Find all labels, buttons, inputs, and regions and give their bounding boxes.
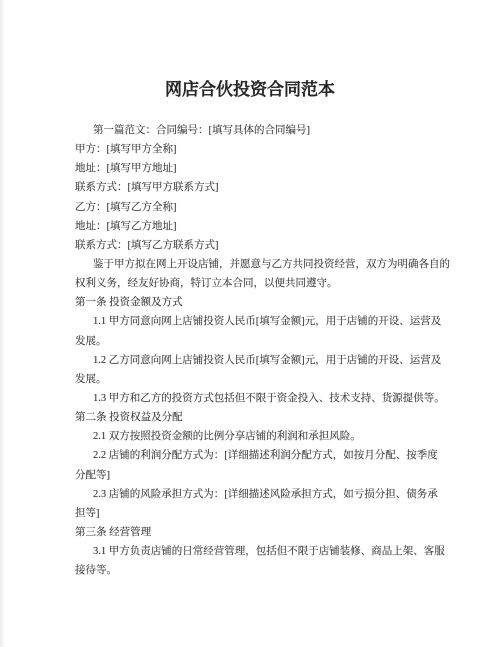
- document-line: 2.2 店铺的利润分配方式为：[详细描述利润分配方式，如按月分配、按季度: [0, 446, 500, 465]
- document-line: 1.2 乙方同意向网上店铺投资人民币[填写金额]元，用于店铺的开设、运营及: [0, 351, 500, 370]
- document-line: 发展。: [0, 332, 500, 351]
- document-line: 联系方式：[填写乙方联系方式]: [0, 236, 500, 255]
- document-line: 担等]: [0, 504, 500, 523]
- document-line: 乙方：[填写乙方全称]: [0, 198, 500, 217]
- document-line: 2.1 双方按照投资金额的比例分享店铺的利润和承担风险。: [0, 427, 500, 446]
- document-line: 发展。: [0, 370, 500, 389]
- contract-document-page: 网店合伙投资合同范本 第一篇范文：合同编号：[填写具体的合同编号] 甲方：[填写…: [0, 0, 500, 647]
- document-line: 鉴于甲方拟在网上开设店铺，并愿意与乙方共同投资经营，双方为明确各自的: [0, 255, 500, 274]
- document-line: 权利义务，经友好协商，特订立本合同，以便共同遵守。: [0, 274, 500, 293]
- document-line: 第一篇范文：合同编号：[填写具体的合同编号]: [0, 121, 500, 140]
- section-heading: 第一条 投资金额及方式: [0, 293, 500, 312]
- document-line: 地址：[填写乙方地址]: [0, 217, 500, 236]
- document-line: 接待等。: [0, 561, 500, 580]
- document-line: 联系方式：[填写甲方联系方式]: [0, 178, 500, 197]
- document-line: 地址：[填写甲方地址]: [0, 159, 500, 178]
- section-heading: 第三条 经营管理: [0, 523, 500, 542]
- document-title: 网店合伙投资合同范本: [0, 0, 500, 102]
- document-line: 2.3 店铺的风险承担方式为：[详细描述风险承担方式，如亏损分担、债务承: [0, 485, 500, 504]
- document-line: 1.1 甲方同意向网上店铺投资人民币[填写金额]元，用于店铺的开设、运营及: [0, 312, 500, 331]
- document-line: 3.1 甲方负责店铺的日常经营管理，包括但不限于店铺装修、商品上架、客服: [0, 542, 500, 561]
- document-body: 第一篇范文：合同编号：[填写具体的合同编号] 甲方：[填写甲方全称] 地址：[填…: [0, 121, 500, 580]
- document-line: 1.3 甲方和乙方的投资方式包括但不限于资金投入、技术支持、货源提供等。: [0, 389, 500, 408]
- section-heading: 第二条 投资权益及分配: [0, 408, 500, 427]
- document-line: 分配等]: [0, 466, 500, 485]
- document-line: 甲方：[填写甲方全称]: [0, 140, 500, 159]
